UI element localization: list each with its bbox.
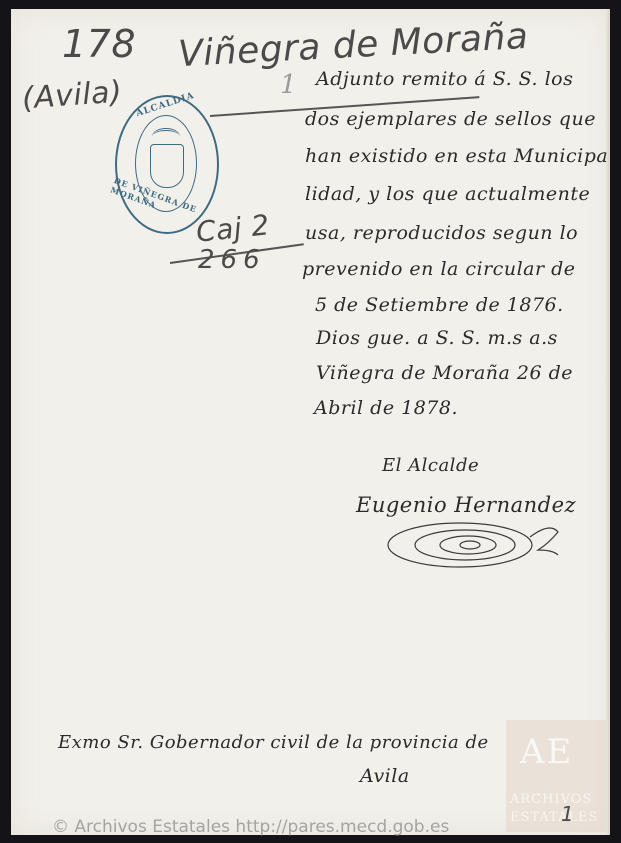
addressee-place: Avila <box>360 765 410 787</box>
watermark-logo: AE <box>520 732 573 772</box>
body-line-4: lidad, y los que actualmente <box>305 183 590 205</box>
signature-name: Eugenio Hernandez <box>356 493 576 517</box>
body-line-6: prevenido en la circular de <box>302 258 576 280</box>
signature-flourish-icon <box>380 515 580 575</box>
closing-line-3: Abril de 1878. <box>314 397 458 419</box>
closing-line-1: Dios gue. a S. S. m.s a.s <box>316 327 558 349</box>
province-note: (Avila) <box>21 75 123 117</box>
addressee-line: Exmo Sr. Gobernador civil de la provinci… <box>58 732 489 753</box>
coat-of-arms-icon <box>150 144 184 188</box>
watermark-line2: ESTATALES <box>510 810 598 825</box>
body-line-3: han existido en esta Municipa <box>305 145 608 167</box>
page-edge <box>606 9 610 835</box>
closing-line-2: Viñegra de Moraña 26 de <box>316 362 573 384</box>
copyright-notice: © Archivos Estatales http://pares.mecd.g… <box>52 817 449 837</box>
pencil-mark: 1 <box>280 70 297 100</box>
municipal-seal-stamp: ALCALDIA DE VIÑEGRA DE MORAÑA <box>115 95 219 234</box>
signature-title: El Alcalde <box>382 455 479 476</box>
archive-watermark: AE ARCHIVOS ESTATALES <box>506 720 606 832</box>
file-reference: 266 <box>198 245 266 275</box>
body-line-1: Adjunto remito á S. S. los <box>316 68 573 90</box>
watermark-line1: ARCHIVOS <box>510 792 592 807</box>
crown-icon <box>152 128 180 145</box>
archive-number: 178 <box>62 22 136 66</box>
document-page <box>11 9 610 835</box>
body-line-2: dos ejemplares de sellos que <box>305 108 596 130</box>
body-line-5: usa, reproducidos segun lo <box>305 222 578 244</box>
body-line-7: 5 de Setiembre de 1876. <box>315 294 564 316</box>
page-mark: 1 <box>561 802 574 826</box>
